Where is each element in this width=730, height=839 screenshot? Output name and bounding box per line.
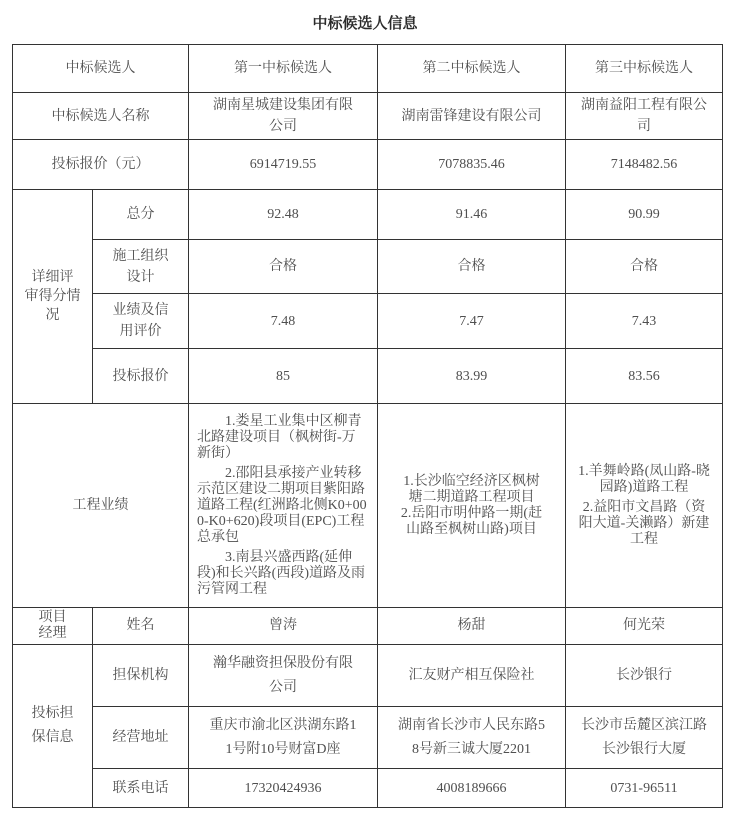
performance-item: 1.娄星工业集中区柳青北路建设项目（枫树街-万新街）	[197, 414, 369, 462]
credit-score-row: 业绩及信用评价 7.48 7.47 7.43	[13, 294, 723, 349]
business-address-2: 湖南省长沙市人民东路58号新三诚大厦2201	[378, 707, 566, 769]
construction-design-label: 施工组织设计	[93, 240, 189, 294]
business-address-1: 重庆市渝北区洪湖东路11号附10号财富D座	[189, 707, 378, 769]
guarantee-org-label: 担保机构	[93, 645, 189, 707]
contact-phone-2: 4008189666	[378, 769, 566, 808]
performance-candidate-3: 1.羊舞岭路(凤山路-晓园路)道路工程 2.益阳市文昌路（资阳大道-关濑路）新建…	[566, 404, 723, 608]
credit-score-3: 7.43	[566, 294, 723, 349]
performance-candidate-1: 1.娄星工业集中区柳青北路建设项目（枫树街-万新街） 2.邵阳县承接产业转移示范…	[189, 404, 378, 608]
manager-name-3: 何光荣	[566, 608, 723, 645]
performance-item: 1.长沙临空经济区枫树塘二期道路工程项目 2.岳阳市明仲路一期(赶山路至枫树山路…	[398, 474, 545, 538]
total-score-2: 91.46	[378, 190, 566, 240]
manager-name-label: 姓名	[93, 608, 189, 645]
candidate-name-1: 湖南星城建设集团有限公司	[189, 93, 378, 140]
candidate-name-3: 湖南益阳工程有限公司	[566, 93, 723, 140]
construction-design-1: 合格	[189, 240, 378, 294]
contact-phone-row: 联系电话 17320424936 4008189666 0731-96511	[13, 769, 723, 808]
business-address-label: 经营地址	[93, 707, 189, 769]
price-score-1: 85	[189, 349, 378, 404]
contact-phone-3: 0731-96511	[566, 769, 723, 808]
header-candidate-2: 第二中标候选人	[378, 45, 566, 93]
guarantee-org-2: 汇友财产相互保险社	[378, 645, 566, 707]
construction-design-2: 合格	[378, 240, 566, 294]
price-score-row: 投标报价 85 83.99 83.56	[13, 349, 723, 404]
business-address-3: 长沙市岳麓区滨江路长沙银行大厦	[566, 707, 723, 769]
total-score-3: 90.99	[566, 190, 723, 240]
credit-score-label: 业绩及信用评价	[93, 294, 189, 349]
manager-name-1: 曾涛	[189, 608, 378, 645]
page-title: 中标候选人信息	[0, 0, 730, 30]
guarantee-section-label: 投标担 保信息	[13, 645, 93, 808]
bid-price-row: 投标报价（元） 6914719.55 7078835.46 7148482.56	[13, 140, 723, 190]
bid-price-1: 6914719.55	[189, 140, 378, 190]
price-score-3: 83.56	[566, 349, 723, 404]
total-score-1: 92.48	[189, 190, 378, 240]
business-address-row: 经营地址 重庆市渝北区洪湖东路11号附10号财富D座 湖南省长沙市人民东路58号…	[13, 707, 723, 769]
candidate-name-label: 中标候选人名称	[13, 93, 189, 140]
performance-item: 2.邵阳县承接产业转移示范区建设二期项目紫阳路道路工程(红洲路北侧K0+000-…	[197, 466, 369, 546]
score-section-label: 详细评 审得分情 况	[13, 190, 93, 404]
header-row-label: 中标候选人	[13, 45, 189, 93]
bid-price-2: 7078835.46	[378, 140, 566, 190]
price-score-label: 投标报价	[93, 349, 189, 404]
credit-score-1: 7.48	[189, 294, 378, 349]
bid-price-label: 投标报价（元）	[13, 140, 189, 190]
header-candidate-1: 第一中标候选人	[189, 45, 378, 93]
bid-candidates-table: 中标候选人 第一中标候选人 第二中标候选人 第三中标候选人 中标候选人名称 湖南…	[12, 44, 723, 808]
contact-phone-label: 联系电话	[93, 769, 189, 808]
candidate-name-row: 中标候选人名称 湖南星城建设集团有限公司 湖南雷锋建设有限公司 湖南益阳工程有限…	[13, 93, 723, 140]
price-score-2: 83.99	[378, 349, 566, 404]
manager-name-2: 杨甜	[378, 608, 566, 645]
construction-design-3: 合格	[566, 240, 723, 294]
bid-announcement-page: 中标候选人信息 中标候选人 第一中标候选人 第二中标候选人 第三中标候选人 中标…	[0, 0, 730, 808]
performance-item: 1.羊舞岭路(凤山路-晓园路)道路工程	[578, 464, 710, 496]
guarantee-org-row: 投标担 保信息 担保机构 瀚华融资担保股份有限公司 汇友财产相互保险社 长沙银行	[13, 645, 723, 707]
performance-item: 3.南县兴盛西路(延伸段)和长兴路(西段)道路及雨污管网工程	[197, 550, 369, 598]
performance-item: 2.益阳市文昌路（资阳大道-关濑路）新建工程	[578, 500, 710, 548]
guarantee-org-3: 长沙银行	[566, 645, 723, 707]
project-manager-row: 项目 经理 姓名 曾涛 杨甜 何光荣	[13, 608, 723, 645]
total-score-label: 总分	[93, 190, 189, 240]
construction-design-row: 施工组织设计 合格 合格 合格	[13, 240, 723, 294]
bid-price-3: 7148482.56	[566, 140, 723, 190]
contact-phone-1: 17320424936	[189, 769, 378, 808]
candidate-name-2: 湖南雷锋建设有限公司	[378, 93, 566, 140]
guarantee-org-1: 瀚华融资担保股份有限公司	[189, 645, 378, 707]
total-score-row: 详细评 审得分情 况 总分 92.48 91.46 90.99	[13, 190, 723, 240]
header-candidate-3: 第三中标候选人	[566, 45, 723, 93]
performance-label: 工程业绩	[13, 404, 189, 608]
project-manager-label: 项目 经理	[13, 608, 93, 645]
header-row: 中标候选人 第一中标候选人 第二中标候选人 第三中标候选人	[13, 45, 723, 93]
performance-candidate-2: 1.长沙临空经济区枫树塘二期道路工程项目 2.岳阳市明仲路一期(赶山路至枫树山路…	[378, 404, 566, 608]
performance-row: 工程业绩 1.娄星工业集中区柳青北路建设项目（枫树街-万新街） 2.邵阳县承接产…	[13, 404, 723, 608]
credit-score-2: 7.47	[378, 294, 566, 349]
